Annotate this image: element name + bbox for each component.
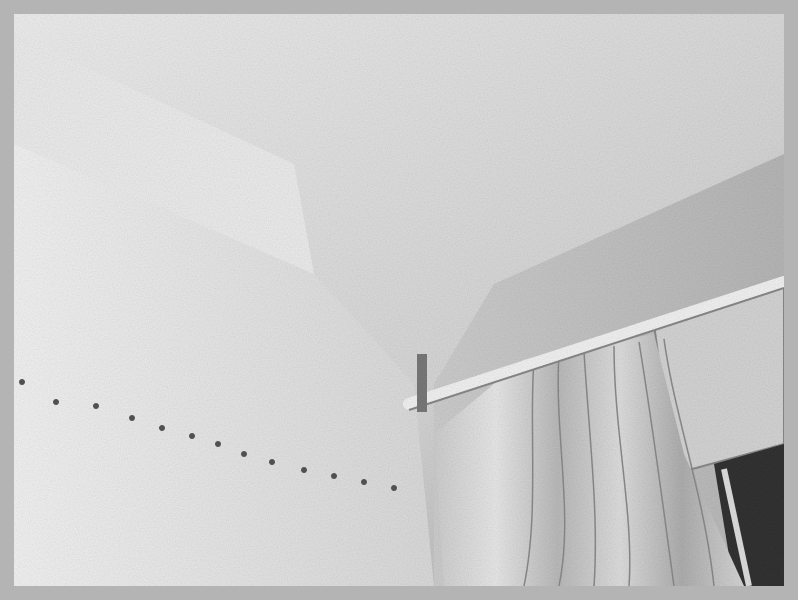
photo-scene	[14, 14, 784, 586]
room-corner-photo	[14, 14, 784, 586]
